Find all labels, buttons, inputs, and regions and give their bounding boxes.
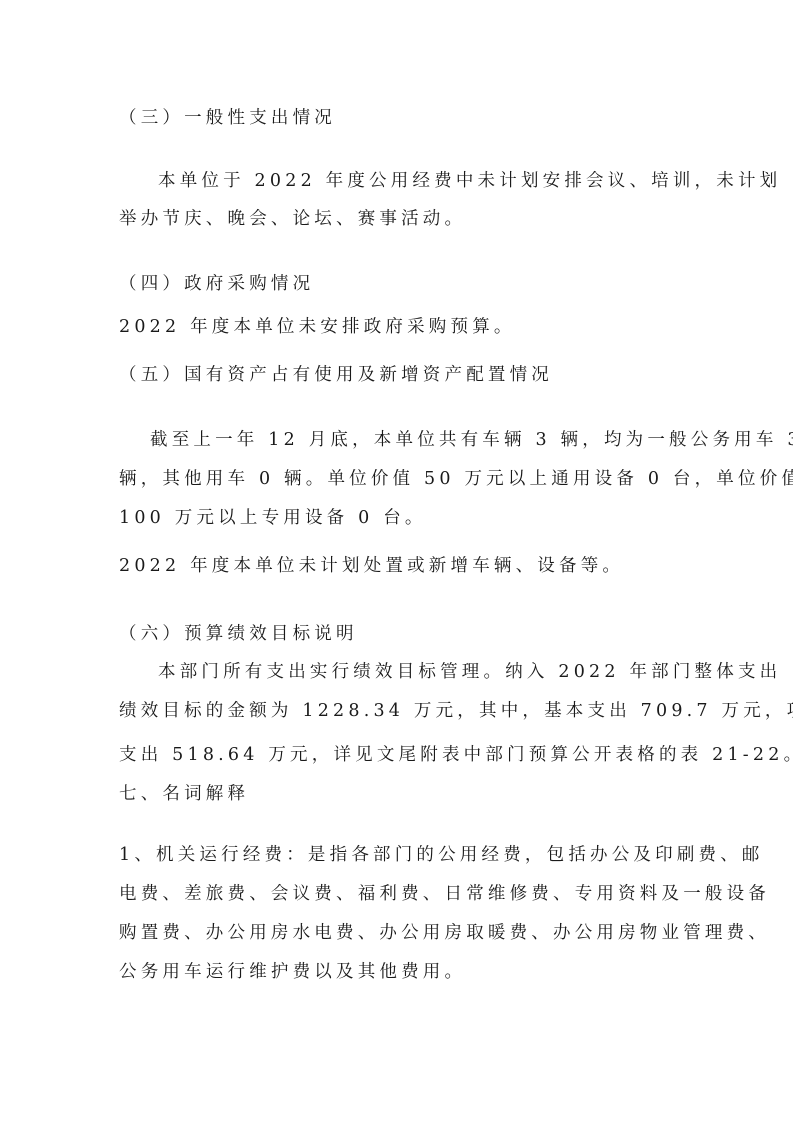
section-heading-state-assets: （五）国有资产占有使用及新增资产配置情况 <box>119 363 553 387</box>
section-heading-glossary: 七、名词解释 <box>119 782 249 806</box>
paragraph-line: 100 万元以上专用设备 0 台。 <box>119 506 427 530</box>
paragraph-line: 本部门所有支出实行绩效目标管理。纳入 2022 年部门整体支出 <box>158 660 781 684</box>
paragraph-line: 电费、差旅费、会议费、福利费、日常维修费、专用资料及一般设备 <box>119 882 770 906</box>
paragraph-line: 绩效目标的金额为 1228.34 万元，其中，基本支出 709.7 万元，项目 <box>119 699 793 723</box>
paragraph-line: 1、机关运行经费：是指各部门的公用经费，包括办公及印刷费、邮 <box>119 843 764 867</box>
section-heading-general-expenditure: （三）一般性支出情况 <box>119 106 336 130</box>
paragraph-line: 2022 年度本单位未计划处置或新增车辆、设备等。 <box>119 554 624 578</box>
section-heading-performance-goals: （六）预算绩效目标说明 <box>119 622 358 646</box>
document-page: （三）一般性支出情况 本单位于 2022 年度公用经费中未计划安排会议、培训，未… <box>0 0 793 1122</box>
section-heading-government-procurement: （四）政府采购情况 <box>119 272 314 296</box>
paragraph-line: 本单位于 2022 年度公用经费中未计划安排会议、培训，未计划 <box>158 169 781 193</box>
paragraph-line: 2022 年度本单位未安排政府采购预算。 <box>119 315 516 339</box>
paragraph-line: 辆，其他用车 0 辆。单位价值 50 万元以上通用设备 0 台，单位价值 <box>119 467 793 491</box>
paragraph-line: 公务用车运行维护费以及其他费用。 <box>119 960 466 984</box>
paragraph-line: 举办节庆、晚会、论坛、赛事活动。 <box>119 207 466 231</box>
paragraph-line: 截至上一年 12 月底，本单位共有车辆 3 辆，均为一般公务用车 3 <box>150 428 793 452</box>
paragraph-line: 支出 518.64 万元，详见文尾附表中部门预算公开表格的表 21-22。 <box>119 743 793 767</box>
paragraph-line: 购置费、办公用房水电费、办公用房取暖费、办公用房物业管理费、 <box>119 921 770 945</box>
